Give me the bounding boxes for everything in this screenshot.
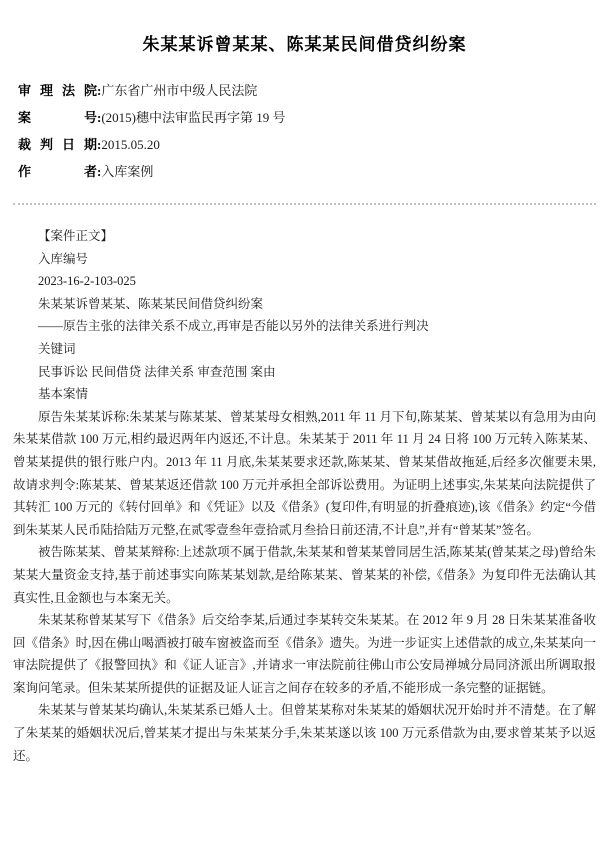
case-body: 【案件正文】 入库编号2023-16-2-103-025朱某某诉曾某某、陈某某民… xyxy=(13,225,596,767)
meta-block: 审理法院:广东省广州市中级人民法院 案号:(2015)穗中法审监民再字第 19 … xyxy=(18,77,609,185)
meta-row-case-number: 案号:(2015)穗中法审监民再字第 19 号 xyxy=(18,104,609,131)
paragraph: 基本案情 xyxy=(13,383,596,406)
paragraph: 原告朱某某诉称:朱某某与陈某某、曾某某母女相熟,2011 年 11 月下旬,陈某… xyxy=(13,406,596,542)
meta-row-judgment-date: 裁判日期:2015.05.20 xyxy=(18,131,609,158)
paragraph-list: 入库编号2023-16-2-103-025朱某某诉曾某某、陈某某民间借贷纠纷案—… xyxy=(13,248,596,768)
meta-value-author: 入库案例 xyxy=(101,164,153,179)
paragraph: 关键词 xyxy=(13,338,596,361)
meta-value-court: 广东省广州市中级人民法院 xyxy=(101,83,257,98)
paragraph: 入库编号 xyxy=(13,248,596,271)
paragraph: 朱某某诉曾某某、陈某某民间借贷纠纷案 xyxy=(13,293,596,316)
meta-label-judgment-date: 裁判日期 xyxy=(18,131,97,158)
paragraph: ——原告主张的法律关系不成立,再审是否能以另外的法律关系进行判决 xyxy=(13,315,596,338)
meta-label-case-number: 案号 xyxy=(18,104,97,131)
page-title: 朱某某诉曾某某、陈某某民间借贷纠纷案 xyxy=(0,0,609,55)
meta-row-court: 审理法院:广东省广州市中级人民法院 xyxy=(18,77,609,104)
meta-label-court: 审理法院 xyxy=(18,77,97,104)
section-heading: 【案件正文】 xyxy=(13,225,596,248)
meta-value-judgment-date: 2015.05.20 xyxy=(101,137,160,152)
paragraph: 朱某某与曾某某均确认,朱某某系已婚人士。但曾某某称对朱某某的婚姻状况开始时并不清… xyxy=(13,699,596,767)
dotted-divider xyxy=(13,203,596,205)
meta-row-author: 作者:入库案例 xyxy=(18,158,609,185)
paragraph: 被告陈某某、曾某某辩称:上述款项不属于借款,朱某某和曾某某曾同居生活,陈某某(曾… xyxy=(13,541,596,609)
paragraph: 2023-16-2-103-025 xyxy=(13,270,596,293)
meta-label-author: 作者 xyxy=(18,158,97,185)
paragraph: 朱某某称曾某某写下《借条》后交给李某,后通过李某转交朱某某。在 2012 年 9… xyxy=(13,609,596,699)
meta-value-case-number: (2015)穗中法审监民再字第 19 号 xyxy=(101,110,285,125)
document-page: 朱某某诉曾某某、陈某某民间借贷纠纷案 审理法院:广东省广州市中级人民法院 案号:… xyxy=(0,0,609,841)
paragraph: 民事诉讼 民间借贷 法律关系 审查范围 案由 xyxy=(13,361,596,384)
